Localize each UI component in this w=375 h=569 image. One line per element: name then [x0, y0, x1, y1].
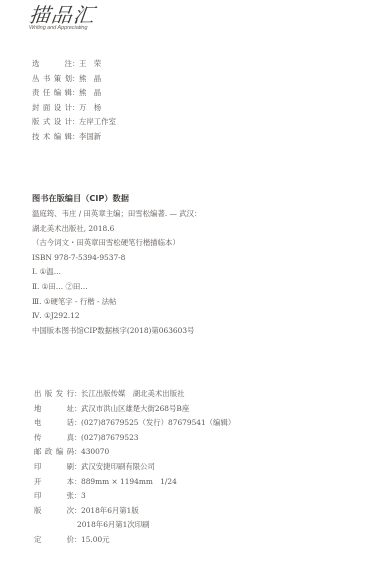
credit-value: 王 荣 — [79, 57, 101, 72]
cip-line: Ⅲ. ①硬笔字 - 行楷 - 法帖 — [32, 295, 201, 310]
pub-row: 开本：889mm × 1194mm 1/24 — [34, 475, 235, 490]
pub-label: 印张 — [34, 489, 74, 504]
credit-row: 选注：王 荣 — [32, 57, 116, 72]
credit-row: 责任编辑：熊 晶 — [32, 86, 116, 101]
pub-row: 出版发行：长江出版传媒 湖北美术出版社 — [34, 387, 235, 402]
credit-label: 封面设计 — [32, 101, 72, 116]
credit-label: 选注 — [32, 57, 72, 72]
pub-row: 定价：15.00元 — [34, 533, 235, 548]
credit-row: 版式设计：左岸工作室 — [32, 115, 116, 130]
pub-value: 2018年6月第1次印刷 — [77, 518, 150, 533]
pub-row: 版次：2018年6月第1版 — [34, 504, 235, 519]
cip-line: Ⅱ. ①田… ②田… — [32, 280, 201, 295]
pub-value: 长江出版传媒 湖北美术出版社 — [81, 387, 184, 402]
pub-label: 印刷 — [34, 460, 74, 475]
pub-row: 2018年6月第1次印刷 — [34, 518, 235, 533]
pub-value: (027)87679523 — [81, 431, 139, 446]
cip-line: 湖北美术出版社, 2018.6 — [32, 222, 201, 237]
cip-line: Ⅳ. ①J292.12 — [32, 309, 201, 324]
pub-value: 15.00元 — [81, 533, 110, 548]
pub-label: 电话 — [34, 416, 74, 431]
pub-row: 地址：武汉市洪山区雄楚大街268号B座 — [34, 402, 235, 417]
credit-value: 李国新 — [79, 130, 101, 145]
credit-value: 熊 晶 — [79, 72, 101, 87]
pub-value: (027)87679525（发行）87679541（编辑） — [81, 416, 235, 431]
cip-line: 温庭筠、韦庄 / 田英章主编；田雪松编著. — 武汉： — [32, 207, 201, 222]
cip-title: 图书在版编目（CIP）数据 — [32, 190, 201, 207]
credit-label: 版式设计 — [32, 115, 72, 130]
pub-value: 2018年6月第1版 — [81, 504, 139, 519]
pub-label: 邮政编码 — [34, 445, 74, 460]
cip-record-number: 中国版本图书馆CIP数据核字(2018)第063603号 — [32, 324, 201, 339]
pub-row: 传真：(027)87679523 — [34, 431, 235, 446]
pub-label: 开本 — [34, 475, 74, 490]
pub-label: 传真 — [34, 431, 74, 446]
pub-row: 电话：(027)87679525（发行）87679541（编辑） — [34, 416, 235, 431]
cip-line: Ⅰ. ①温… — [32, 265, 201, 280]
cip-line: （古今词文・田英章田雪松硬笔行楷描临本） — [32, 236, 201, 251]
cip-isbn: ISBN 978-7-5394-9537-8 — [32, 251, 201, 266]
publication-info: 出版发行：长江出版传媒 湖北美术出版社 地址：武汉市洪山区雄楚大街268号B座 … — [34, 387, 235, 548]
pub-label: 出版发行 — [34, 387, 74, 402]
credit-label: 技术编辑 — [32, 130, 72, 145]
pub-value: 430070 — [81, 445, 109, 460]
credit-row: 技术编辑：李国新 — [32, 130, 116, 145]
pub-value: 武汉市洪山区雄楚大街268号B座 — [81, 402, 189, 417]
credit-row: 丛书策划：熊 晶 — [32, 72, 116, 87]
credit-value: 万 杨 — [79, 101, 101, 116]
pub-row: 印张：3 — [34, 489, 235, 504]
pub-value: 889mm × 1194mm 1/24 — [81, 475, 177, 490]
credits-list: 选注：王 荣 丛书策划：熊 晶 责任编辑：熊 晶 封面设计：万 杨 版式设计：左… — [32, 57, 116, 145]
credit-value: 熊 晶 — [79, 86, 101, 101]
credit-row: 封面设计：万 杨 — [32, 101, 116, 116]
pub-label: 定价 — [34, 533, 74, 548]
pub-row: 印刷：武汉安捷印刷有限公司 — [34, 460, 235, 475]
pub-value: 3 — [81, 489, 86, 504]
pub-row: 邮政编码：430070 — [34, 445, 235, 460]
credit-label: 责任编辑 — [32, 86, 72, 101]
pub-label: 版次 — [34, 504, 74, 519]
publisher-logo: 描品汇 Writing and Appreciating — [29, 4, 101, 31]
pub-label: 地址 — [34, 402, 74, 417]
cip-block: 图书在版编目（CIP）数据 温庭筠、韦庄 / 田英章主编；田雪松编著. — 武汉… — [32, 190, 201, 338]
credit-label: 丛书策划 — [32, 72, 72, 87]
credit-value: 左岸工作室 — [79, 115, 116, 130]
pub-value: 武汉安捷印刷有限公司 — [81, 460, 155, 475]
logo-mark: 描品汇 — [28, 4, 106, 26]
